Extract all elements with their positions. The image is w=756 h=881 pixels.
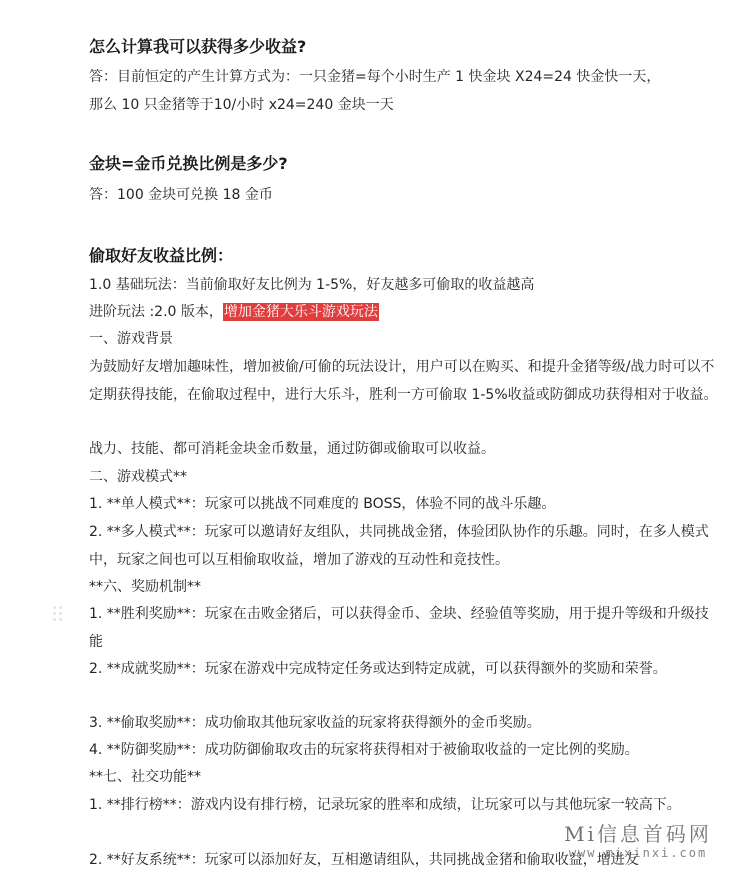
section-heading-exchange-rate: 金块=金币兑换比例是多少? <box>89 152 288 176</box>
list-item: 2. **好友系统**：玩家可以添加好友，互相邀请组队，共同挑战金猪和偷取收益，… <box>89 847 719 875</box>
paragraph: 答：100 金块可兑换 18 金币 <box>89 182 719 210</box>
section-heading-earnings: 怎么计算我可以获得多少收益? <box>89 35 306 59</box>
paragraph: 那么 10 只金猪等于10/小时 x24=240 金块一天 <box>89 92 719 120</box>
advanced-play-prefix: 进阶玩法 :2.0 版本， <box>89 304 223 320</box>
list-item: 1. **胜利奖励**：玩家在击败金猪后，可以获得金币、金块、经验值等奖励，用于… <box>89 601 719 656</box>
paragraph: 一、游戏背景 <box>89 326 719 354</box>
watermark-title: Mi信息首码网 <box>548 822 728 846</box>
paragraph: **七、社交功能** <box>89 764 719 792</box>
drag-handle-icon[interactable] <box>53 606 63 622</box>
section-heading-steal-ratio: 偷取好友收益比例： <box>89 244 233 268</box>
list-item: 1. **单人模式**：玩家可以挑战不同难度的 BOSS，体验不同的战斗乐趣。 <box>89 491 719 519</box>
list-item: 4. **防御奖励**：成功防御偷取攻击的玩家将获得相对于被偷取收益的一定比例的… <box>89 737 719 765</box>
list-item: 1. **排行榜**：游戏内设有排行榜，记录玩家的胜率和成绩，让玩家可以与其他玩… <box>89 792 719 820</box>
list-item: 2. **多人模式**：玩家可以邀请好友组队，共同挑战金猪，体验团队协作的乐趣。… <box>89 519 719 574</box>
paragraph: 战力、技能、都可消耗金块金币数量，通过防御或偷取可以收益。 <box>89 436 719 464</box>
list-item: 2. **成就奖励**：玩家在游戏中完成特定任务或达到特定成就，可以获得额外的奖… <box>89 656 719 684</box>
paragraph: 为鼓励好友增加趣味性，增加被偷/可偷的玩法设计，用户可以在购买、和提升金猪等级/… <box>89 354 719 409</box>
paragraph: **六、奖励机制** <box>89 574 719 602</box>
advanced-play-line: 进阶玩法 :2.0 版本，增加金猪大乐斗游戏玩法 <box>89 299 719 327</box>
list-item: 3. **偷取奖励**：成功偷取其他玩家收益的玩家将获得额外的金币奖励。 <box>89 710 719 738</box>
paragraph: 二、游戏模式** <box>89 464 719 492</box>
highlighted-text: 增加金猪大乐斗游戏玩法 <box>223 303 379 321</box>
paragraph: 答：目前恒定的产生计算方式为：一只金猪=每个小时生产 1 快金块 X24=24 … <box>89 64 719 92</box>
paragraph: 1.0 基础玩法：当前偷取好友比例为 1-5%，好友越多可偷取的收益越高 <box>89 272 719 300</box>
